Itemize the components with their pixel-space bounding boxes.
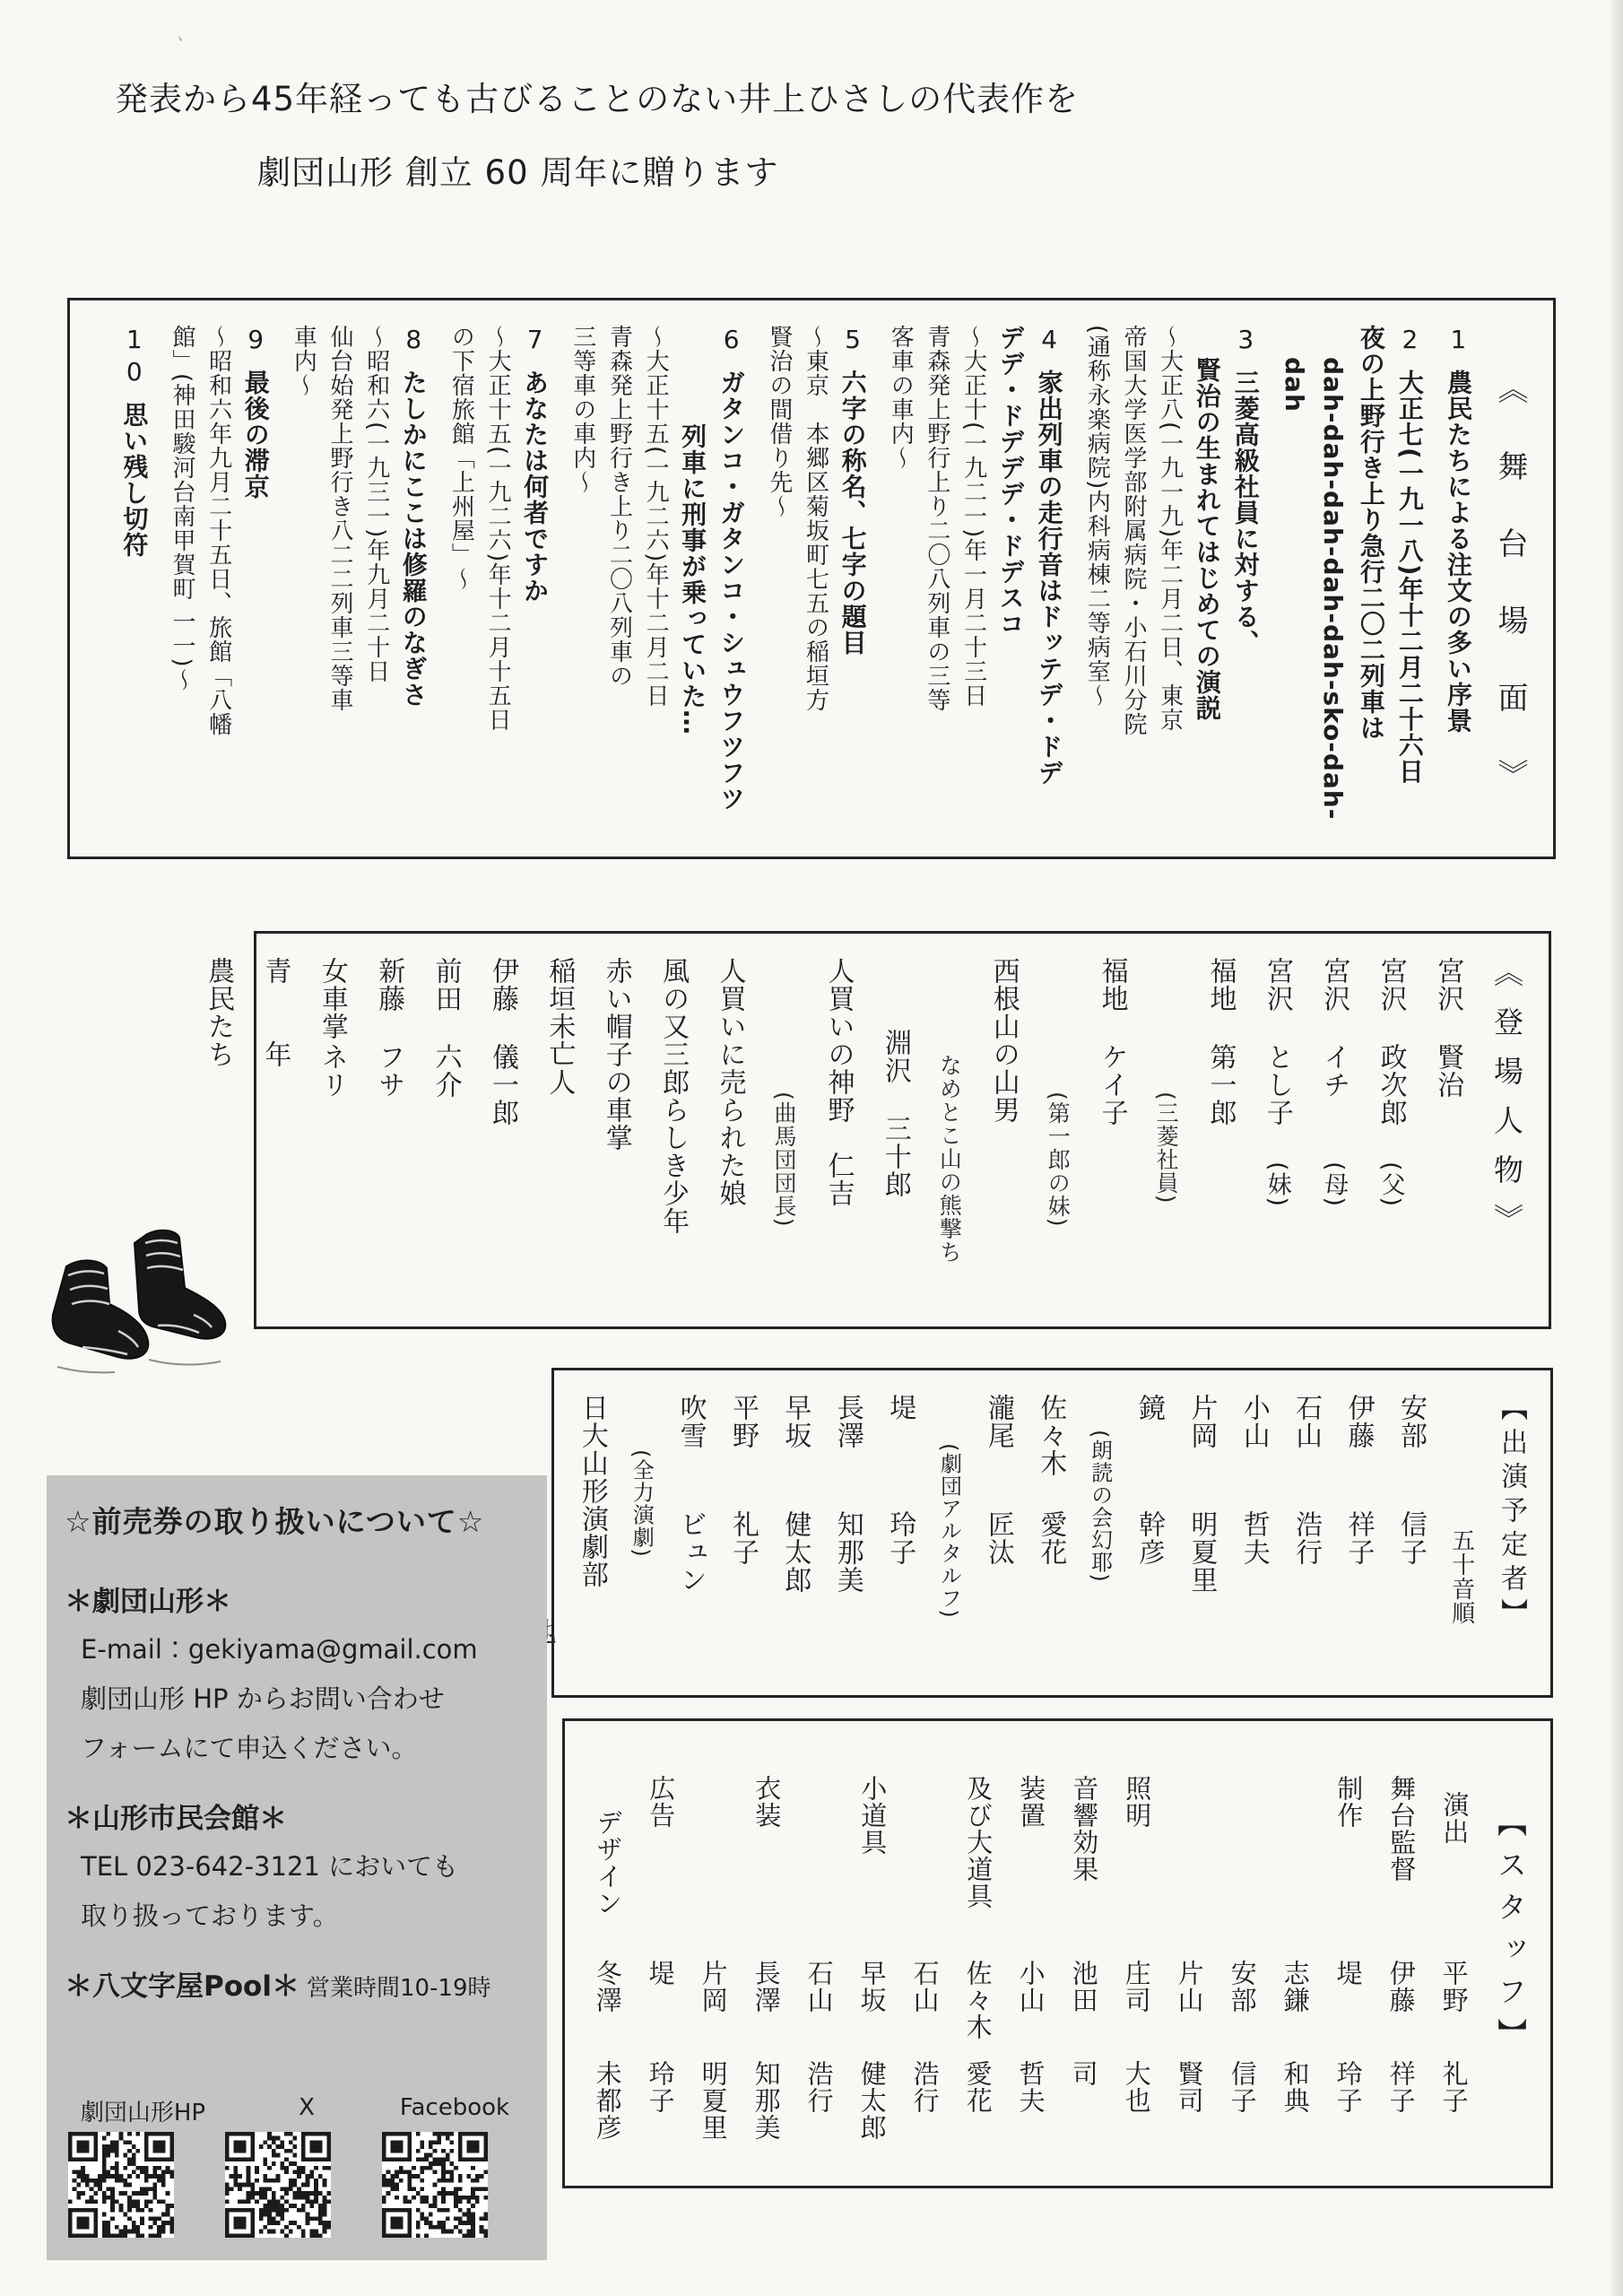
cast-member-column: 鏡幹彦 bbox=[1133, 1394, 1165, 1566]
scene-title-text: 賢治の生まれてはじめての演説 bbox=[1193, 357, 1222, 721]
character-note-text: (第一郎の妹) bbox=[1045, 1091, 1071, 1228]
staff-column: 音響効果池田司 bbox=[1069, 1744, 1098, 2162]
scene-number: 6 bbox=[716, 325, 746, 357]
scene-title-text: あなたは何者ですか bbox=[520, 370, 550, 604]
headline-line2: 劇団山形 創立 60 周年に贈ります bbox=[257, 145, 778, 194]
scene-title-text: ガタンコ・ガタンコ・シュウフツフツ bbox=[716, 370, 746, 812]
staff-role-label: 演出 bbox=[1439, 1791, 1470, 1845]
scene-title-text: たしかにここは修羅のなぎさ bbox=[399, 370, 429, 708]
character-name: 人買いの神野 仁吉 bbox=[822, 957, 854, 1207]
character-name: 稲垣未亡人 bbox=[543, 957, 575, 1096]
scene-title-column: 3三菱高級社員に対する、 bbox=[1231, 325, 1261, 656]
scene-title-text: 大正七(一九一八)年十二月二十六日 bbox=[1395, 370, 1425, 785]
staff-given-name: 司 bbox=[1069, 2060, 1099, 2087]
ticket-tel-line: TEL 023-642-3121 においても bbox=[81, 1847, 529, 1883]
cast-family-name: 伊藤 bbox=[1342, 1394, 1374, 1510]
staff-role-label: 音響効果 bbox=[1069, 1775, 1099, 1883]
character-given-name: イチ bbox=[1318, 1043, 1350, 1161]
cast-given-name: 浩行 bbox=[1290, 1510, 1322, 1566]
staff-column: 石山浩行 bbox=[804, 1744, 834, 2162]
scene-8: 8たしかにここは修羅のなぎさ～昭和六(一九三一)年九月二十日仙台始発上野行き八二… bbox=[290, 325, 429, 832]
cast-troupe-note-text: (劇団アルタルフ) bbox=[937, 1443, 962, 1619]
cast-family-name: 小山 bbox=[1237, 1394, 1269, 1510]
scene-4: 4家出列車の走行音はドッテデ・ドデデデ・ドデデデ・ドデスコ～大正十(一九二一)年… bbox=[887, 325, 1064, 832]
character-column: 宮沢イチ(母) bbox=[1318, 957, 1350, 1207]
staff-family-name: 石山 bbox=[803, 1960, 834, 2060]
scene-number: 4 bbox=[1035, 325, 1064, 357]
scene-detail-text: 三等車の車内～ bbox=[569, 325, 596, 494]
stage-scenes-columns: 《舞台場面》1農民たちによる注文の多い序景2大正七(一九一八)年十二月二十六日夜… bbox=[95, 325, 1528, 832]
scene-title-column: デデ・ドデデデ・ドデスコ bbox=[996, 325, 1026, 637]
scene-title-column: 5六字の称名、七字の題目 bbox=[838, 325, 868, 656]
character-family-name: 淵沢 bbox=[879, 1029, 910, 1115]
scene-detail-column: 青森発上野行き上り二〇八列車の bbox=[605, 325, 633, 688]
scene-number: 1 bbox=[1444, 325, 1473, 357]
scene-detail-column: ～大正十五(一九二六)年十二月十五日 bbox=[483, 325, 511, 732]
scene-detail-column: ～大正十(一九二一)年一月二十三日 bbox=[959, 325, 987, 708]
scene-title-column: dah bbox=[1280, 357, 1309, 413]
characters-box-title: 《登場人物》 bbox=[1488, 957, 1523, 1253]
scan-edge-artifact bbox=[1609, 0, 1623, 2296]
scene-number: 7 bbox=[520, 325, 550, 357]
scene-detail-text: 賢治の間借り先～ bbox=[766, 325, 793, 518]
character-name: 赤い帽子の車掌 bbox=[601, 957, 632, 1152]
ticket-form-line: フォームにて申込ください。 bbox=[81, 1728, 529, 1765]
scene-detail-text: 青森発上野行上り二〇八列車の三等 bbox=[924, 325, 950, 712]
staff-family-name: 伊藤 bbox=[1385, 1960, 1416, 2060]
cast-given-name: 匠汰 bbox=[983, 1510, 1014, 1566]
staff-role-label: 舞台監督 bbox=[1386, 1775, 1417, 1883]
character-column: 前田六介 bbox=[430, 957, 461, 1099]
character-relation-note: (母) bbox=[1320, 1161, 1348, 1207]
ticket-section-head: ＊劇団山形＊ bbox=[65, 1578, 529, 1619]
character-column: 宮沢とし子(妹) bbox=[1262, 957, 1293, 1207]
staff-role-label: 装置 bbox=[1016, 1775, 1046, 1829]
staff-role-label: 照明 bbox=[1122, 1775, 1152, 1829]
scene-number: 10 bbox=[119, 325, 149, 389]
characters-columns: 《登場人物》宮沢賢治宮沢政次郎(父)宮沢イチ(母)宮沢とし子(妹)福地第一郎(三… bbox=[282, 957, 1523, 1303]
staff-member-name: 石山浩行 bbox=[909, 1960, 940, 2114]
ticket-section-bookstore: ＊八文字屋Pool＊営業時間10-19時 bbox=[65, 1963, 529, 2004]
character-column: 福地ケイ子 bbox=[1096, 957, 1127, 1126]
scene-detail-column: 客車の車内～ bbox=[887, 325, 915, 470]
character-family-name: 宮沢 bbox=[1375, 957, 1406, 1043]
bookstore-hours: 営業時間10-19時 bbox=[307, 1975, 491, 2002]
qr-code-row bbox=[68, 2132, 534, 2238]
staff-family-name: 冬澤 bbox=[592, 1960, 622, 2060]
scene-title-text: 六字の称名、七字の題目 bbox=[838, 370, 868, 656]
scene-title-text: dah-dah-dah-dah-dah-sko-dah- bbox=[1318, 357, 1348, 820]
scan-dot-artifact: 、 bbox=[178, 19, 193, 36]
ticket-section-hall: ＊山形市民会館＊ TEL 023-642-3121 においても 取り扱っておりま… bbox=[65, 1796, 529, 1933]
cast-family-name: 堤 bbox=[884, 1394, 916, 1510]
flyer-page: 、 発表から45年経っても古びることのない井上ひさしの代表作を 劇団山形 創立 … bbox=[0, 0, 1623, 2296]
stage-scenes-box: 《舞台場面》1農民たちによる注文の多い序景2大正七(一九一八)年十二月二十六日夜… bbox=[67, 298, 1556, 859]
scene-3: 3三菱高級社員に対する、賢治の生まれてはじめての演説～大正八(一九一九)年二月二… bbox=[1083, 325, 1261, 832]
character-family-name: 伊藤 bbox=[487, 957, 518, 1043]
scene-detail-text: 館」(神田駿河台南甲賀町 一一)～ bbox=[169, 325, 195, 692]
character-column: 赤い帽子の車掌 bbox=[600, 957, 631, 1152]
staff-column: 衣装長澤知那美 bbox=[751, 1744, 781, 2162]
cast-family-name: 平野 bbox=[727, 1394, 759, 1510]
ticket-title: ☆前売券の取り扱いについて☆ bbox=[65, 1499, 529, 1541]
staff-family-name: 志鎌 bbox=[1280, 1960, 1310, 2060]
staff-role-label: 広告 bbox=[646, 1775, 676, 1829]
staff-column: デザイン冬澤未都彦 bbox=[593, 1744, 622, 2162]
cast-family-name: 片岡 bbox=[1185, 1394, 1217, 1510]
scene-number: 9 bbox=[241, 325, 271, 357]
staff-column: 広告堤玲子 bbox=[646, 1744, 675, 2162]
staff-given-name: 玲子 bbox=[1333, 2060, 1364, 2114]
cast-member-column: 伊藤祥子 bbox=[1342, 1394, 1374, 1566]
scene-5: 5六字の称名、七字の題目～東京 本郷区菊坂町七五の稲垣方賢治の間借り先～ bbox=[765, 325, 867, 832]
cast-box-title: 【出演予定者】 bbox=[1496, 1394, 1527, 1632]
character-family-name: 女車掌 bbox=[316, 957, 347, 1043]
cast-troupe-note-column: (全力演劇) bbox=[629, 1449, 654, 1558]
staff-family-name: 堤 bbox=[645, 1960, 675, 2060]
cast-troupe-note-column: (劇団アルタルフ) bbox=[936, 1443, 961, 1619]
character-family-name: 福地 bbox=[1204, 957, 1236, 1043]
character-given-name: 儀一郎 bbox=[487, 1043, 518, 1126]
characters-box: 《登場人物》宮沢賢治宮沢政次郎(父)宮沢イチ(母)宮沢とし子(妹)福地第一郎(三… bbox=[254, 931, 1551, 1329]
staff-member-name: 池田司 bbox=[1068, 1960, 1098, 2087]
ticket-section-head: ＊山形市民会館＊ bbox=[65, 1796, 529, 1836]
scene-detail-text: ～東京 本郷区菊坂町七五の稲垣方 bbox=[803, 325, 829, 712]
scene-title-column: 賢治の生まれてはじめての演説 bbox=[1193, 357, 1222, 721]
character-family-name: 福地 bbox=[1096, 957, 1127, 1043]
character-column: 稲垣未亡人 bbox=[543, 957, 575, 1096]
staff-member-name: 庄司大也 bbox=[1121, 1960, 1151, 2114]
staff-given-name: 健太郎 bbox=[857, 2060, 888, 2141]
character-name: 風の又三郎らしき少年 bbox=[657, 957, 689, 1235]
scene-detail-column: の下宿旅館「上州屋」～ bbox=[447, 325, 475, 591]
scene-2: 2大正七(一九一八)年十二月二十六日夜の上野行き上り急行二〇二列車はdah-da… bbox=[1280, 325, 1425, 832]
ticket-info-box: ☆前売券の取り扱いについて☆ ＊劇団山形＊ E-mail：gekiyama@gm… bbox=[47, 1475, 547, 2260]
staff-given-name: 賢司 bbox=[1175, 2060, 1205, 2114]
cast-member-name: 日大山形演劇部 bbox=[577, 1394, 608, 1588]
scene-detail-column: ～大正八(一九一九)年二月二日、東京 bbox=[1156, 325, 1184, 732]
scene-number: 5 bbox=[838, 325, 868, 357]
scene-detail-text: 帝国大学医学部附属病院・小石川分院 bbox=[1120, 325, 1147, 736]
character-given-name: 六介 bbox=[430, 1043, 462, 1099]
character-name: 青 年 bbox=[259, 957, 291, 1068]
label-facebook: Facebook bbox=[374, 2094, 535, 2127]
cast-family-name: 佐々木 bbox=[1035, 1394, 1066, 1510]
character-column: 宮沢政次郎(父) bbox=[1375, 957, 1406, 1207]
staff-member-name: 片岡明夏里 bbox=[698, 1960, 728, 2141]
scene-detail-column: 帝国大学医学部附属病院・小石川分院 bbox=[1119, 325, 1147, 736]
cast-given-name: 祥子 bbox=[1343, 1510, 1375, 1566]
staff-given-name: 礼子 bbox=[1439, 2060, 1470, 2114]
character-column: 宮沢賢治 bbox=[1432, 957, 1463, 1099]
cast-member-column: 平野礼子 bbox=[727, 1394, 759, 1566]
staff-member-name: 伊藤祥子 bbox=[1385, 1960, 1416, 2114]
scene-detail-column: 青森発上野行上り二〇八列車の三等 bbox=[923, 325, 950, 712]
staff-family-name: 長澤 bbox=[751, 1960, 781, 2060]
cast-family-name: 長澤 bbox=[831, 1394, 863, 1510]
character-column: 淵沢三十郎 bbox=[879, 1029, 910, 1198]
cast-member-column: 日大山形演劇部 bbox=[577, 1394, 608, 1588]
scene-detail-column: 仙台始発上野行き八二二列車三等車 bbox=[325, 325, 353, 712]
cast-troupe-note-text: (朗読の会幻耶) bbox=[1088, 1430, 1113, 1583]
character-given-name: フサ bbox=[373, 1043, 404, 1099]
character-given-name: とし子 bbox=[1262, 1043, 1293, 1161]
cast-member-column: 佐々木愛花 bbox=[1035, 1394, 1066, 1566]
scene-title-text: 農民たちによる注文の多い序景 bbox=[1444, 370, 1473, 734]
staff-column: 制作堤玲子 bbox=[1333, 1744, 1363, 2162]
staff-family-name: 安部 bbox=[1227, 1960, 1257, 2060]
staff-family-name: 庄司 bbox=[1121, 1960, 1151, 2060]
scene-detail-text: 車内～ bbox=[290, 325, 317, 397]
cast-member-column: 片岡明夏里 bbox=[1185, 1394, 1217, 1594]
staff-given-name: 浩行 bbox=[804, 2060, 835, 2114]
ticket-section-head: ＊八文字屋Pool＊営業時間10-19時 bbox=[65, 1963, 529, 2004]
staff-column: 片山賢司 bbox=[1175, 1744, 1204, 2162]
character-column: 人買いに売られた娘 bbox=[714, 957, 745, 1207]
staff-member-name: 平野礼子 bbox=[1438, 1960, 1469, 2114]
character-given-name: 賢治 bbox=[1432, 1043, 1463, 1099]
ticket-hp-line: 劇団山形 HP からお問い合わせ bbox=[81, 1679, 529, 1716]
staff-family-name: 堤 bbox=[1332, 1960, 1363, 2060]
staff-role-label: 小道具 bbox=[857, 1775, 888, 1856]
staff-family-name: 片岡 bbox=[698, 1960, 728, 2060]
character-family-name: 宮沢 bbox=[1318, 957, 1350, 1043]
staff-member-name: 堤玲子 bbox=[1332, 1960, 1363, 2114]
cast-given-name: 知那美 bbox=[832, 1510, 864, 1594]
boots-illustration bbox=[41, 1216, 239, 1387]
character-name: 西根山の山男 bbox=[988, 957, 1020, 1124]
staff-column: 照明庄司大也 bbox=[1122, 1744, 1151, 2162]
staff-column: 及び大道具佐々木愛花 bbox=[963, 1744, 993, 2162]
staff-column: 安部信子 bbox=[1228, 1744, 1257, 2162]
cast-family-name: 早坂 bbox=[779, 1394, 811, 1510]
label-hp: 劇団山形HP bbox=[47, 2094, 239, 2127]
cast-family-name: 吹雪 bbox=[674, 1394, 706, 1510]
staff-box: 【スタッフ】演出平野礼子舞台監督伊藤祥子制作堤玲子志鎌和典安部信子片山賢司照明庄… bbox=[562, 1718, 1553, 2188]
character-note-text: (三菱社員) bbox=[1153, 1091, 1179, 1205]
character-column: 新藤フサ bbox=[373, 957, 404, 1099]
cast-member-column: 早坂健太郎 bbox=[779, 1394, 811, 1594]
staff-given-name: 知那美 bbox=[751, 2060, 782, 2141]
staff-family-name: 平野 bbox=[1438, 1960, 1469, 2060]
cast-given-name: 玲子 bbox=[884, 1510, 916, 1566]
scene-title-column: 10思い残し切符 bbox=[119, 325, 149, 558]
character-given-name: ケイ子 bbox=[1097, 1043, 1128, 1126]
staff-given-name: 明夏里 bbox=[699, 2060, 729, 2141]
cast-family-name: 安部 bbox=[1395, 1394, 1427, 1510]
cast-order-note: 五十音順 bbox=[1447, 1528, 1475, 1625]
staff-role-label: デザイン bbox=[593, 1809, 623, 1917]
scene-detail-text: ～大正十五(一九二六)年十二月二日 bbox=[642, 325, 669, 708]
sns-label-row: 劇団山形HP X Facebook bbox=[47, 2094, 547, 2127]
scene-detail-text: 仙台始発上野行き八二二列車三等車 bbox=[326, 325, 353, 712]
staff-given-name: 未都彦 bbox=[593, 2060, 623, 2141]
cast-given-name: 明夏里 bbox=[1185, 1510, 1217, 1594]
staff-box-title: 【スタッフ】 bbox=[1492, 1807, 1527, 2060]
staff-given-name: 愛花 bbox=[963, 2060, 994, 2114]
character-column: 人買いの神野 仁吉 bbox=[822, 957, 854, 1207]
scene-9: 9最後の滞京～昭和六年九月二十五日、旅館「八幡館」(神田駿河台南甲賀町 一一)～ bbox=[168, 325, 270, 832]
character-column: 女車掌ネリ bbox=[316, 957, 347, 1099]
scene-number: 8 bbox=[399, 325, 429, 357]
scene-title-column: 2大正七(一九一八)年十二月二十六日 bbox=[1395, 325, 1425, 785]
character-column: 福地第一郎 bbox=[1204, 957, 1236, 1126]
staff-given-name: 大也 bbox=[1122, 2060, 1152, 2114]
scene-title-column: dah-dah-dah-dah-dah-sko-dah- bbox=[1318, 357, 1348, 820]
scene-detail-column: ～東京 本郷区菊坂町七五の稲垣方 bbox=[802, 325, 829, 712]
scene-detail-text: の下宿旅館「上州屋」～ bbox=[447, 325, 474, 591]
staff-family-name: 早坂 bbox=[856, 1960, 887, 2060]
scene-title-text: dah bbox=[1280, 357, 1309, 413]
staff-given-name: 和典 bbox=[1280, 2060, 1311, 2114]
character-column: 農民たち bbox=[203, 957, 234, 1068]
staff-column: 小道具早坂健太郎 bbox=[857, 1744, 887, 2162]
cast-given-name: 健太郎 bbox=[779, 1510, 811, 1594]
scene-number: 2 bbox=[1395, 325, 1425, 357]
staff-member-name: 長澤知那美 bbox=[751, 1960, 781, 2141]
scene-1: 1農民たちによる注文の多い序景 bbox=[1444, 325, 1473, 832]
cast-member-column: 瀧尾匠汰 bbox=[983, 1394, 1014, 1566]
scene-title-text: デデ・ドデデデ・ドデスコ bbox=[996, 325, 1026, 637]
staff-member-name: 志鎌和典 bbox=[1280, 1960, 1310, 2114]
character-column: 風の又三郎らしき少年 bbox=[657, 957, 689, 1235]
staff-member-name: 安部信子 bbox=[1227, 1960, 1257, 2114]
staff-column: 装置小山哲夫 bbox=[1016, 1744, 1046, 2162]
staff-member-name: 小山哲夫 bbox=[1015, 1960, 1046, 2114]
staff-columns: 【スタッフ】演出平野礼子舞台監督伊藤祥子制作堤玲子志鎌和典安部信子片山賢司照明庄… bbox=[588, 1744, 1527, 2162]
scene-detail-column: (通称永楽病院)内科病棟二等病室～ bbox=[1083, 325, 1111, 708]
cast-given-name: 哲夫 bbox=[1238, 1510, 1270, 1566]
scene-7: 7あなたは何者ですか～大正十五(一九二六)年十二月十五日の下宿旅館「上州屋」～ bbox=[447, 325, 550, 832]
staff-member-name: 早坂健太郎 bbox=[856, 1960, 887, 2141]
scene-title-text: 列車に刑事が乗っていた… bbox=[678, 423, 707, 735]
bookstore-name: ＊八文字屋Pool＊ bbox=[65, 1970, 299, 2003]
cast-troupe-note-text: (全力演劇) bbox=[629, 1449, 654, 1558]
scene-title-column: 6ガタンコ・ガタンコ・シュウフツフツ bbox=[716, 325, 746, 812]
cast-member-column: 小山哲夫 bbox=[1237, 1394, 1269, 1566]
staff-given-name: 信子 bbox=[1228, 2060, 1258, 2114]
staff-family-name: 佐々木 bbox=[962, 1960, 993, 2060]
staff-given-name: 浩行 bbox=[910, 2060, 941, 2114]
cast-given-name: 幹彦 bbox=[1133, 1510, 1165, 1566]
cast-given-name: 信子 bbox=[1395, 1510, 1427, 1566]
character-column: 西根山の山男 bbox=[987, 957, 1019, 1124]
staff-column: 片岡明夏里 bbox=[699, 1744, 728, 2162]
cast-member-column: 長澤知那美 bbox=[831, 1394, 863, 1594]
scene-detail-text: ～昭和六年九月二十五日、旅館「八幡 bbox=[205, 325, 232, 736]
staff-member-name: 冬澤未都彦 bbox=[592, 1960, 622, 2141]
ticket-email-line: E-mail：gekiyama@gmail.com bbox=[81, 1630, 529, 1666]
scene-detail-text: ～大正八(一九一九)年二月二日、東京 bbox=[1157, 325, 1184, 732]
scene-detail-text: ～大正十五(一九二六)年十二月十五日 bbox=[484, 325, 511, 732]
scene-title-text: 思い残し切符 bbox=[119, 402, 149, 558]
scene-title-text: 家出列車の走行音はドッテデ・ドデ bbox=[1035, 370, 1064, 786]
scene-detail-column: ～昭和六(一九三一)年九月二十日 bbox=[362, 325, 390, 683]
scene-title-column: 夜の上野行き上り急行二〇二列車は bbox=[1357, 325, 1386, 741]
staff-given-name: 玲子 bbox=[646, 2060, 676, 2114]
staff-column: 志鎌和典 bbox=[1280, 1744, 1310, 2162]
scene-detail-text: 客車の車内～ bbox=[887, 325, 914, 470]
label-x: X bbox=[239, 2094, 374, 2127]
staff-column: 演出平野礼子 bbox=[1439, 1744, 1469, 2162]
scene-title-text: 三菱高級社員に対する、 bbox=[1231, 370, 1261, 656]
scene-title-column: 4家出列車の走行音はドッテデ・ドデ bbox=[1035, 325, 1064, 786]
scene-detail-column: 車内～ bbox=[290, 325, 317, 397]
scene-detail-text: ～昭和六(一九三一)年九月二十日 bbox=[363, 325, 390, 683]
character-note-column: (曲馬団団長) bbox=[771, 1091, 798, 1228]
headline-line1: 発表から45年経っても古びることのない井上ひさしの代表作を bbox=[115, 72, 1079, 120]
scene-number: 3 bbox=[1231, 325, 1261, 357]
staff-given-name: 祥子 bbox=[1386, 2060, 1417, 2114]
cast-given-name: 愛花 bbox=[1035, 1510, 1066, 1566]
character-family-name: 宮沢 bbox=[1432, 957, 1463, 1043]
character-name: 人買いに売られた娘 bbox=[715, 957, 746, 1207]
staff-member-name: 片山賢司 bbox=[1174, 1960, 1204, 2114]
scene-detail-column: ～大正十五(一九二六)年十二月二日 bbox=[641, 325, 669, 708]
cast-columns: 【出演予定者】五十音順安部信子伊藤祥子石山浩行小山哲夫片岡明夏里鏡幹彦(朗読の会… bbox=[577, 1394, 1527, 1672]
scene-detail-column: 館」(神田駿河台南甲賀町 一一)～ bbox=[168, 325, 195, 692]
scene-title-text: 最後の滞京 bbox=[241, 370, 271, 500]
character-name: 農民たち bbox=[203, 957, 234, 1068]
staff-role-label: 及び大道具 bbox=[963, 1775, 994, 1909]
character-note-text: なめとこ山の熊撃ち bbox=[936, 1054, 962, 1264]
character-family-name: 新藤 bbox=[373, 957, 404, 1043]
ticket-handling-line: 取り扱っております。 bbox=[81, 1896, 529, 1933]
scene-title-column: 1農民たちによる注文の多い序景 bbox=[1444, 325, 1473, 734]
staff-column: 石山浩行 bbox=[910, 1744, 940, 2162]
staff-column: 舞台監督伊藤祥子 bbox=[1386, 1744, 1416, 2162]
cast-family-name: 瀧尾 bbox=[983, 1394, 1014, 1510]
scene-detail-column: 三等車の車内～ bbox=[568, 325, 596, 494]
character-family-name: 前田 bbox=[430, 957, 461, 1043]
character-note-column: (第一郎の妹) bbox=[1045, 1091, 1072, 1228]
scene-detail-column: ～昭和六年九月二十五日、旅館「八幡 bbox=[204, 325, 232, 736]
staff-given-name: 哲夫 bbox=[1016, 2060, 1046, 2114]
cast-family-name: 石山 bbox=[1290, 1394, 1322, 1510]
staff-member-name: 佐々木愛花 bbox=[962, 1960, 993, 2114]
qr-code-facebook bbox=[382, 2132, 488, 2238]
cast-box: 【出演予定者】五十音順安部信子伊藤祥子石山浩行小山哲夫片岡明夏里鏡幹彦(朗読の会… bbox=[551, 1368, 1553, 1698]
scene-title-text: 夜の上野行き上り急行二〇二列車は bbox=[1357, 325, 1386, 741]
scene-6: 6ガタンコ・ガタンコ・シュウフツフツ列車に刑事が乗っていた…～大正十五(一九二六… bbox=[568, 325, 746, 832]
qr-code-x bbox=[225, 2132, 331, 2238]
scene-detail-text: ～大正十(一九二一)年一月二十三日 bbox=[960, 325, 987, 708]
character-given-name: 第一郎 bbox=[1205, 1043, 1237, 1126]
character-note-column: (三菱社員) bbox=[1153, 1091, 1180, 1205]
character-relation-note: (父) bbox=[1377, 1161, 1405, 1207]
cast-member-column: 堤玲子 bbox=[884, 1394, 916, 1566]
cast-member-column: 石山浩行 bbox=[1290, 1394, 1322, 1566]
scene-title-column: 8たしかにここは修羅のなぎさ bbox=[399, 325, 429, 708]
staff-role-label: 制作 bbox=[1333, 1775, 1364, 1829]
qr-code-hp bbox=[68, 2132, 174, 2238]
character-column: 青 年 bbox=[259, 957, 291, 1068]
scene-10: 10思い残し切符 bbox=[119, 325, 149, 832]
staff-role-label: 衣装 bbox=[751, 1775, 782, 1829]
staff-member-name: 石山浩行 bbox=[803, 1960, 834, 2114]
scene-title-column: 列車に刑事が乗っていた… bbox=[678, 423, 707, 735]
cast-troupe-note-column: (朗読の会幻耶) bbox=[1087, 1430, 1112, 1583]
scene-detail-text: 青森発上野行き上り二〇八列車の bbox=[605, 325, 632, 688]
cast-family-name: 鏡 bbox=[1133, 1394, 1165, 1510]
cast-member-column: 吹雪ビュン bbox=[674, 1394, 706, 1594]
staff-family-name: 石山 bbox=[909, 1960, 940, 2060]
stage-box-title: 《舞台場面》 bbox=[1492, 373, 1528, 836]
cast-given-name: ビュン bbox=[675, 1510, 707, 1594]
character-column: 伊藤儀一郎 bbox=[487, 957, 518, 1126]
ticket-section-gekiyama: ＊劇団山形＊ E-mail：gekiyama@gmail.com 劇団山形 HP… bbox=[65, 1578, 529, 1765]
cast-member-column: 安部信子 bbox=[1395, 1394, 1427, 1566]
